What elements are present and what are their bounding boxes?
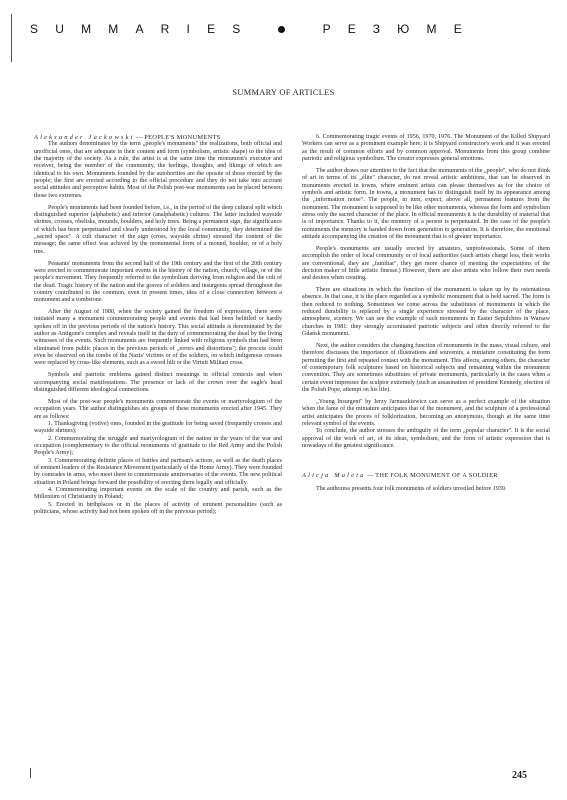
heading-dash: — — [367, 472, 373, 479]
heading-dash: — — [136, 134, 142, 141]
article-author: Alicja Maleta — [302, 472, 366, 479]
page-number: 245 — [512, 770, 527, 781]
paragraph: There are situations in which the functi… — [302, 287, 550, 338]
article-author: Aleksander Jackowski — [34, 134, 135, 141]
paragraph: The authoress presents four folk monumen… — [302, 486, 550, 493]
header-resume: РЕЗЮМЕ — [323, 22, 479, 36]
page-header: SUMMARIES РЕЗЮМЕ — [30, 22, 480, 36]
margin-mark — [30, 768, 31, 778]
header-summaries: SUMMARIES — [30, 22, 257, 36]
column-right: 6. Commemorating tragic events of 1956, … — [302, 134, 550, 494]
paragraph: To conclude, the author stresses the amb… — [302, 428, 550, 450]
bullet-icon — [278, 26, 285, 33]
paragraph: Symbols and patriotic emblems gained dis… — [34, 372, 282, 394]
list-item: 4. Commemorating important events on the… — [34, 487, 282, 502]
paragraph: People's monuments are usually erected b… — [302, 246, 550, 283]
article-heading: Alicja Maleta — THE FOLK MONUMENT OF A S… — [302, 472, 550, 480]
paragraph: Next, the author considers the changing … — [302, 343, 550, 394]
paragraph: Most of the post-war people's monuments … — [34, 399, 282, 421]
paragraph: People's monuments had been founded befo… — [34, 205, 282, 256]
list-item: 2. Commemorating the struggle and martyr… — [34, 436, 282, 458]
list-item: 1. Thanksgiving (votive) ones, founded i… — [34, 421, 282, 436]
article-title: PEOPLE'S MONUMENTS — [144, 134, 220, 141]
section-title: SUMMARY OF ARTICLES — [0, 88, 567, 97]
list-item: 6. Commemorating tragic events of 1956, … — [302, 134, 550, 163]
list-item: 5. Erected in birthplaces or in the plac… — [34, 502, 282, 517]
paragraph: Peasants' monuments from the second half… — [34, 261, 282, 305]
paragraph: After the August of 1980, when the socie… — [34, 309, 282, 368]
column-left: Aleksander Jackowski — PEOPLE'S MONUMENT… — [34, 134, 282, 516]
margin-rule — [11, 14, 12, 62]
paragraph: The authors denominates by the term „peo… — [34, 141, 282, 200]
paragraph: The author draws our attention to the fa… — [302, 168, 550, 241]
article-title: THE FOLK MONUMENT OF A SOLDIER — [375, 472, 498, 479]
paragraph: „Young Insurgent" by Jerzy Jarnuszkiewic… — [302, 399, 550, 428]
list-item: 3. Commemorating definite places of batt… — [34, 458, 282, 487]
